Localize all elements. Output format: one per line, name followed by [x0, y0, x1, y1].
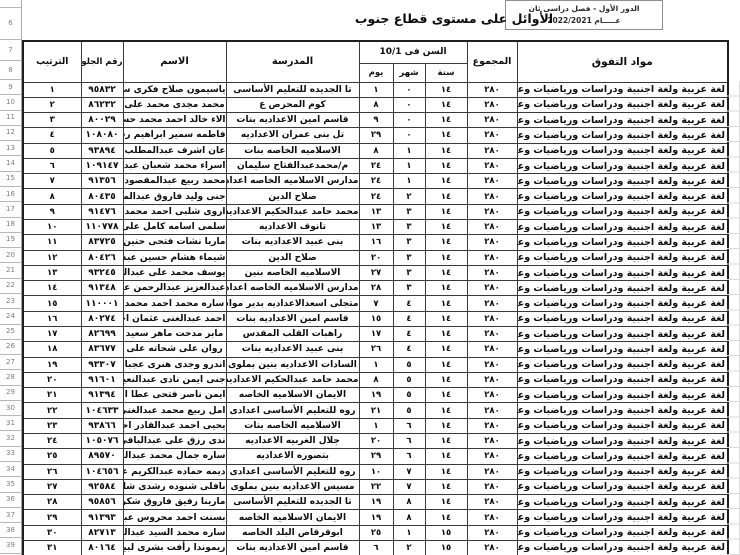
- seat-number-cell[interactable]: ١٠٥٠٧٦: [81, 433, 123, 448]
- age-month-cell[interactable]: ٤: [393, 327, 425, 342]
- subjects-cell[interactable]: لغة عربية ولغة اجنبية ودراسات ورياضيات و…: [517, 296, 728, 311]
- column-header-name[interactable]: الاسم: [123, 41, 226, 82]
- row-header[interactable]: 10: [0, 95, 21, 110]
- age-day-cell[interactable]: ٦: [359, 540, 393, 555]
- total-cell[interactable]: ٢٨٠: [467, 97, 517, 112]
- rank-cell[interactable]: ١١: [23, 235, 81, 250]
- rank-cell[interactable]: ١٣: [23, 265, 81, 280]
- seat-number-cell[interactable]: ١١٠٧٧٨: [81, 220, 123, 235]
- row-header[interactable]: 18: [0, 218, 21, 233]
- subjects-cell[interactable]: لغة عربية ولغة اجنبية ودراسات ورياضيات و…: [517, 174, 728, 189]
- age-day-cell[interactable]: ٧: [359, 296, 393, 311]
- age-year-cell[interactable]: ١٤: [425, 250, 467, 265]
- school-cell[interactable]: كوم المحرص ع: [226, 97, 359, 112]
- age-year-cell[interactable]: ١٤: [425, 510, 467, 525]
- total-cell[interactable]: ٢٨٠: [467, 265, 517, 280]
- school-cell[interactable]: محمد حامد عبدالحكيم الاعداديه: [226, 372, 359, 387]
- subjects-cell[interactable]: لغة عربية ولغة اجنبية ودراسات ورياضيات و…: [517, 357, 728, 372]
- rank-cell[interactable]: ٢١: [23, 388, 81, 403]
- age-month-cell[interactable]: ٣: [393, 235, 425, 250]
- rank-cell[interactable]: ٢٠: [23, 372, 81, 387]
- row-header[interactable]: 14: [0, 156, 21, 171]
- name-cell[interactable]: اروى شلبى احمد محمد احمد: [123, 204, 226, 219]
- rank-cell[interactable]: ١٠: [23, 220, 81, 235]
- rank-cell[interactable]: ٢٦: [23, 464, 81, 479]
- age-year-cell[interactable]: ١٤: [425, 97, 467, 112]
- age-month-cell[interactable]: ٨: [393, 510, 425, 525]
- total-cell[interactable]: ٢٨٠: [467, 403, 517, 418]
- age-year-cell[interactable]: ١٤: [425, 128, 467, 143]
- total-cell[interactable]: ٢٨٠: [467, 204, 517, 219]
- subjects-cell[interactable]: لغة عربية ولغة اجنبية ودراسات ورياضيات و…: [517, 128, 728, 143]
- school-cell[interactable]: الاسلاميه الخاصه بنات: [226, 143, 359, 158]
- name-cell[interactable]: امل ربيع محمد عبدالغنى: [123, 403, 226, 418]
- seat-number-cell[interactable]: ٩٥٨٥٦: [81, 495, 123, 510]
- age-day-cell[interactable]: ١٦: [359, 235, 393, 250]
- row-header[interactable]: 7: [0, 40, 21, 61]
- age-day-cell[interactable]: ٢٦: [359, 342, 393, 357]
- row-header[interactable]: 27: [0, 355, 21, 370]
- row-header[interactable]: 9: [0, 80, 21, 95]
- name-cell[interactable]: روان على شحاته على: [123, 342, 226, 357]
- seat-number-cell[interactable]: ٩١٦٠١: [81, 372, 123, 387]
- subjects-cell[interactable]: لغة عربية ولغة اجنبية ودراسات ورياضيات و…: [517, 525, 728, 540]
- age-day-cell[interactable]: ١٣: [359, 220, 393, 235]
- age-day-cell[interactable]: ٢٠: [359, 433, 393, 448]
- total-cell[interactable]: ٢٨٠: [467, 464, 517, 479]
- age-month-cell[interactable]: ٠: [393, 128, 425, 143]
- rank-cell[interactable]: ٧: [23, 174, 81, 189]
- age-month-cell[interactable]: ٣: [393, 250, 425, 265]
- row-header[interactable]: 26: [0, 340, 21, 355]
- seat-number-cell[interactable]: ٩١٣٥٦: [81, 174, 123, 189]
- age-day-cell[interactable]: ١٣: [359, 204, 393, 219]
- subjects-cell[interactable]: لغة عربية ولغة اجنبية ودراسات ورياضيات و…: [517, 250, 728, 265]
- rank-cell[interactable]: ٢: [23, 97, 81, 112]
- age-year-cell[interactable]: ١٤: [425, 357, 467, 372]
- age-year-cell[interactable]: ١٤: [425, 82, 467, 97]
- school-cell[interactable]: قاسم امين الاعداديه بنات: [226, 113, 359, 128]
- name-cell[interactable]: ياسيمون صلاح فكرى سليمان: [123, 82, 226, 97]
- age-month-cell[interactable]: ٨: [393, 495, 425, 510]
- seat-number-cell[interactable]: ٨٠٠٢٩: [81, 113, 123, 128]
- rank-cell[interactable]: ١٦: [23, 311, 81, 326]
- seat-number-cell[interactable]: ٩٢٥٨٤: [81, 479, 123, 494]
- rank-cell[interactable]: ٢٨: [23, 495, 81, 510]
- seat-number-cell[interactable]: ٩٣٢٤٥: [81, 265, 123, 280]
- subjects-cell[interactable]: لغة عربية ولغة اجنبية ودراسات ورياضيات و…: [517, 327, 728, 342]
- total-cell[interactable]: ٢٨٠: [467, 479, 517, 494]
- rank-cell[interactable]: ٥: [23, 143, 81, 158]
- school-cell[interactable]: متجلى اسعدالاعداديه بدير مواس: [226, 296, 359, 311]
- name-cell[interactable]: ماريا نشات فتحى حنين: [123, 235, 226, 250]
- school-cell[interactable]: صلاح الدين: [226, 250, 359, 265]
- school-cell[interactable]: روه للتعليم الأساسى اعدادى: [226, 403, 359, 418]
- age-year-cell[interactable]: ١٤: [425, 113, 467, 128]
- age-year-cell[interactable]: ١٤: [425, 479, 467, 494]
- school-cell[interactable]: السادات الاعداديه بنين بملوى: [226, 357, 359, 372]
- age-day-cell[interactable]: ٢٤: [359, 158, 393, 173]
- age-year-cell[interactable]: ١٤: [425, 342, 467, 357]
- age-month-cell[interactable]: ٤: [393, 311, 425, 326]
- name-cell[interactable]: عبدالعزيز عبدالرحمن عبدالله: [123, 281, 226, 296]
- school-cell[interactable]: محمد حامد عبدالحكيم الاعداديه: [226, 204, 359, 219]
- subjects-cell[interactable]: لغة عربية ولغة اجنبية ودراسات ورياضيات و…: [517, 403, 728, 418]
- row-header[interactable]: 35: [0, 477, 21, 492]
- age-month-cell[interactable]: ٠: [393, 82, 425, 97]
- seat-number-cell[interactable]: ١١٠٠٠١: [81, 296, 123, 311]
- age-day-cell[interactable]: ١٧: [359, 327, 393, 342]
- age-month-cell[interactable]: ٤: [393, 342, 425, 357]
- row-header[interactable]: 21: [0, 263, 21, 278]
- age-year-cell[interactable]: ١٤: [425, 204, 467, 219]
- seat-number-cell[interactable]: ٨٢٦٩٩: [81, 327, 123, 342]
- row-header[interactable]: 33: [0, 447, 21, 462]
- school-cell[interactable]: تل بنى عمران الاعداديه: [226, 128, 359, 143]
- rank-cell[interactable]: ١٧: [23, 327, 81, 342]
- age-day-cell[interactable]: ٢٩: [359, 449, 393, 464]
- seat-number-cell[interactable]: ٨٦٢٣٢: [81, 97, 123, 112]
- age-month-cell[interactable]: ١: [393, 174, 425, 189]
- rank-cell[interactable]: ٩: [23, 204, 81, 219]
- total-cell[interactable]: ٢٨٠: [467, 372, 517, 387]
- subjects-cell[interactable]: لغة عربية ولغة اجنبية ودراسات ورياضيات و…: [517, 342, 728, 357]
- column-header-age-day[interactable]: يوم: [359, 63, 393, 82]
- school-cell[interactable]: بنى عبيد الاعداديه بنات: [226, 342, 359, 357]
- name-cell[interactable]: ساره محمد السيد عبدالحليم: [123, 525, 226, 540]
- school-cell[interactable]: مسيس الاعداديه بنين بملوى: [226, 479, 359, 494]
- total-cell[interactable]: ٢٨٠: [467, 143, 517, 158]
- subjects-cell[interactable]: لغة عربية ولغة اجنبية ودراسات ورياضيات و…: [517, 189, 728, 204]
- seat-number-cell[interactable]: ٩٣٨٦٦: [81, 418, 123, 433]
- school-cell[interactable]: ابوقرقاص البلد الخاصه: [226, 525, 359, 540]
- age-month-cell[interactable]: ١: [393, 525, 425, 540]
- age-day-cell[interactable]: ٢٥: [359, 525, 393, 540]
- subjects-cell[interactable]: لغة عربية ولغة اجنبية ودراسات ورياضيات و…: [517, 495, 728, 510]
- age-year-cell[interactable]: ١٤: [425, 189, 467, 204]
- name-cell[interactable]: جنى وليد فاروق عبدالمعز: [123, 189, 226, 204]
- name-cell[interactable]: ساره محمد احمد محمد: [123, 296, 226, 311]
- name-cell[interactable]: محمد مجدى محمد على: [123, 97, 226, 112]
- total-cell[interactable]: ٢٨٠: [467, 281, 517, 296]
- age-day-cell[interactable]: ١٩: [359, 388, 393, 403]
- age-day-cell[interactable]: ١: [359, 418, 393, 433]
- row-header[interactable]: 6: [0, 8, 21, 40]
- age-year-cell[interactable]: ١٤: [425, 235, 467, 250]
- subjects-cell[interactable]: لغة عربية ولغة اجنبية ودراسات ورياضيات و…: [517, 449, 728, 464]
- seat-number-cell[interactable]: ١٠٨٠٨٠: [81, 128, 123, 143]
- rank-cell[interactable]: ٢٥: [23, 449, 81, 464]
- subjects-cell[interactable]: لغة عربية ولغة اجنبية ودراسات ورياضيات و…: [517, 235, 728, 250]
- row-header[interactable]: 29: [0, 386, 21, 401]
- seat-number-cell[interactable]: ٩١٣٩٤: [81, 388, 123, 403]
- rank-cell[interactable]: ٣١: [23, 540, 81, 555]
- age-month-cell[interactable]: ٠: [393, 97, 425, 112]
- row-header[interactable]: 31: [0, 416, 21, 431]
- total-cell[interactable]: ٢٨٠: [467, 540, 517, 555]
- total-cell[interactable]: ٢٨٠: [467, 189, 517, 204]
- age-year-cell[interactable]: ١٤: [425, 281, 467, 296]
- school-cell[interactable]: مدارس الاسلاميه الخاصه اعدادى: [226, 281, 359, 296]
- age-day-cell[interactable]: ٢٤: [359, 189, 393, 204]
- name-cell[interactable]: سلمى اسامه كامل على: [123, 220, 226, 235]
- row-header[interactable]: 34: [0, 462, 21, 477]
- column-header-school[interactable]: المدرسة: [226, 41, 359, 82]
- age-month-cell[interactable]: ٤: [393, 296, 425, 311]
- rank-cell[interactable]: ٢٤: [23, 433, 81, 448]
- total-cell[interactable]: ٢٨٠: [467, 433, 517, 448]
- school-cell[interactable]: صلاح الدين: [226, 189, 359, 204]
- age-month-cell[interactable]: ١: [393, 158, 425, 173]
- row-header[interactable]: 8: [0, 61, 21, 80]
- subjects-cell[interactable]: لغة عربية ولغة اجنبية ودراسات ورياضيات و…: [517, 433, 728, 448]
- column-header-age-month[interactable]: شهر: [393, 63, 425, 82]
- subjects-cell[interactable]: لغة عربية ولغة اجنبية ودراسات ورياضيات و…: [517, 204, 728, 219]
- subjects-cell[interactable]: لغة عربية ولغة اجنبية ودراسات ورياضيات و…: [517, 265, 728, 280]
- total-cell[interactable]: ٢٨٠: [467, 82, 517, 97]
- seat-number-cell[interactable]: ٨٠٤٣٥: [81, 189, 123, 204]
- total-cell[interactable]: ٢٨٠: [467, 220, 517, 235]
- school-cell[interactable]: الايمان الاسلاميه الخاصه: [226, 510, 359, 525]
- name-cell[interactable]: ديمه حماده عبدالكريم عبدالرحمن: [123, 464, 226, 479]
- subjects-cell[interactable]: لغة عربية ولغة اجنبية ودراسات ورياضيات و…: [517, 97, 728, 112]
- name-cell[interactable]: عان اشرف عبدالمطلب عبدالعال: [123, 143, 226, 158]
- column-header-age-group[interactable]: السن فى 10/1: [359, 41, 467, 63]
- school-cell[interactable]: راهبات القلب المقدس: [226, 327, 359, 342]
- column-header-subjects[interactable]: مواد التفوق: [517, 41, 728, 82]
- age-year-cell[interactable]: ١٤: [425, 143, 467, 158]
- row-header[interactable]: 30: [0, 401, 21, 416]
- seat-number-cell[interactable]: ٨٣٦٧٧: [81, 342, 123, 357]
- name-cell[interactable]: يوسف محمد على عبدالرحمن: [123, 265, 226, 280]
- row-header[interactable]: 15: [0, 172, 21, 187]
- row-header[interactable]: 24: [0, 309, 21, 324]
- seat-number-cell[interactable]: ١٠٤٦٥٦: [81, 464, 123, 479]
- age-day-cell[interactable]: ٢٩: [359, 128, 393, 143]
- total-cell[interactable]: ٢٨٠: [467, 525, 517, 540]
- total-cell[interactable]: ٢٨٠: [467, 495, 517, 510]
- age-month-cell[interactable]: ٦: [393, 418, 425, 433]
- school-cell[interactable]: قاسم امين الاعداديه بنات: [226, 311, 359, 326]
- row-header[interactable]: 38: [0, 523, 21, 538]
- age-month-cell[interactable]: ١: [393, 143, 425, 158]
- age-year-cell[interactable]: ١٤: [425, 311, 467, 326]
- column-header-total[interactable]: المجموع: [467, 41, 517, 82]
- total-cell[interactable]: ٢٨٠: [467, 128, 517, 143]
- subjects-cell[interactable]: لغة عربية ولغة اجنبية ودراسات ورياضيات و…: [517, 311, 728, 326]
- age-month-cell[interactable]: ٦: [393, 433, 425, 448]
- age-year-cell[interactable]: ١٤: [425, 495, 467, 510]
- seat-number-cell[interactable]: ١٠٩١٤٧: [81, 158, 123, 173]
- age-day-cell[interactable]: ١: [359, 357, 393, 372]
- subjects-cell[interactable]: لغة عربية ولغة اجنبية ودراسات ورياضيات و…: [517, 158, 728, 173]
- age-day-cell[interactable]: ٢٨: [359, 281, 393, 296]
- row-header[interactable]: 25: [0, 325, 21, 340]
- age-year-cell[interactable]: ١٤: [425, 388, 467, 403]
- name-cell[interactable]: بافلى شنوده رشدى شاكر: [123, 479, 226, 494]
- seat-number-cell[interactable]: ٨٠١٦٤: [81, 540, 123, 555]
- school-cell[interactable]: بتصوره الاعداديه: [226, 449, 359, 464]
- age-year-cell[interactable]: ١٥: [425, 525, 467, 540]
- subjects-cell[interactable]: لغة عربية ولغة اجنبية ودراسات ورياضيات و…: [517, 388, 728, 403]
- name-cell[interactable]: ايمن ناصر فتحى عطا الله محمد: [123, 388, 226, 403]
- age-day-cell[interactable]: ٢٠: [359, 250, 393, 265]
- subjects-cell[interactable]: لغة عربية ولغة اجنبية ودراسات ورياضيات و…: [517, 113, 728, 128]
- rank-cell[interactable]: ١٢: [23, 250, 81, 265]
- name-cell[interactable]: اسراء محمد شعبان عبدالنعيم: [123, 158, 226, 173]
- age-month-cell[interactable]: ٥: [393, 388, 425, 403]
- subjects-cell[interactable]: لغة عربية ولغة اجنبية ودراسات ورياضيات و…: [517, 510, 728, 525]
- total-cell[interactable]: ٢٨٠: [467, 357, 517, 372]
- age-day-cell[interactable]: ١٩: [359, 495, 393, 510]
- column-header-age-year[interactable]: سنة: [425, 63, 467, 82]
- subjects-cell[interactable]: لغة عربية ولغة اجنبية ودراسات ورياضيات و…: [517, 281, 728, 296]
- age-year-cell[interactable]: ١٤: [425, 327, 467, 342]
- age-month-cell[interactable]: ٣: [393, 265, 425, 280]
- age-year-cell[interactable]: ١٤: [425, 158, 467, 173]
- age-month-cell[interactable]: ٥: [393, 357, 425, 372]
- age-day-cell[interactable]: ٨: [359, 143, 393, 158]
- age-day-cell[interactable]: ٩: [359, 113, 393, 128]
- total-cell[interactable]: ٢٨٠: [467, 449, 517, 464]
- seat-number-cell[interactable]: ٨٠٤٢٦: [81, 250, 123, 265]
- age-year-cell[interactable]: ١٤: [425, 174, 467, 189]
- rank-cell[interactable]: ١٨: [23, 342, 81, 357]
- school-cell[interactable]: الايمان الاسلاميه الخاصه: [226, 388, 359, 403]
- age-month-cell[interactable]: ٧: [393, 464, 425, 479]
- row-header[interactable]: 36: [0, 493, 21, 508]
- age-year-cell[interactable]: ١٤: [425, 403, 467, 418]
- name-cell[interactable]: يحيى احمد عبدالقادر احمد: [123, 418, 226, 433]
- school-cell[interactable]: تانوف الاعداديه: [226, 220, 359, 235]
- subjects-cell[interactable]: لغة عربية ولغة اجنبية ودراسات ورياضيات و…: [517, 464, 728, 479]
- age-day-cell[interactable]: ٨: [359, 372, 393, 387]
- seat-number-cell[interactable]: ٩١٣٤٨: [81, 281, 123, 296]
- name-cell[interactable]: احمد عبدالغنى عثمان احمد: [123, 311, 226, 326]
- name-cell[interactable]: شيماء هشام حسين عبدالرحمن: [123, 250, 226, 265]
- total-cell[interactable]: ٢٨٠: [467, 250, 517, 265]
- school-cell[interactable]: الاسلاميه الخاصه بنين: [226, 265, 359, 280]
- subjects-cell[interactable]: لغة عربية ولغة اجنبية ودراسات ورياضيات و…: [517, 143, 728, 158]
- seat-number-cell[interactable]: ٩٥٨٣٢: [81, 82, 123, 97]
- subjects-cell[interactable]: لغة عربية ولغة اجنبية ودراسات ورياضيات و…: [517, 418, 728, 433]
- rank-cell[interactable]: ٣٠: [23, 525, 81, 540]
- name-cell[interactable]: الاء خالد احمد محمد حسن: [123, 113, 226, 128]
- age-month-cell[interactable]: ٣: [393, 204, 425, 219]
- age-month-cell[interactable]: ٥: [393, 372, 425, 387]
- school-cell[interactable]: تا الجديده للتعليم الأساسى: [226, 82, 359, 97]
- row-header[interactable]: 16: [0, 187, 21, 202]
- age-month-cell[interactable]: ٢: [393, 540, 425, 555]
- row-header[interactable]: 23: [0, 294, 21, 309]
- name-cell[interactable]: اندرو وجدى هنرى عجبان: [123, 357, 226, 372]
- rank-cell[interactable]: ٨: [23, 189, 81, 204]
- age-day-cell[interactable]: ١٠: [359, 464, 393, 479]
- age-month-cell[interactable]: ٣: [393, 281, 425, 296]
- age-month-cell[interactable]: ٦: [393, 449, 425, 464]
- age-year-cell[interactable]: ١٤: [425, 418, 467, 433]
- seat-number-cell[interactable]: ٩٣٨٩٤: [81, 143, 123, 158]
- age-year-cell[interactable]: ١٤: [425, 220, 467, 235]
- row-header[interactable]: 22: [0, 279, 21, 294]
- age-month-cell[interactable]: ٣: [393, 220, 425, 235]
- school-cell[interactable]: بنى عبيد الاعداديه بنات: [226, 235, 359, 250]
- seat-number-cell[interactable]: ٩٣٣٠٧: [81, 357, 123, 372]
- total-cell[interactable]: ٢٨٠: [467, 174, 517, 189]
- school-cell[interactable]: روه للتعليم الأساسى اعدادى: [226, 464, 359, 479]
- subjects-cell[interactable]: لغة عربية ولغة اجنبية ودراسات ورياضيات و…: [517, 220, 728, 235]
- age-year-cell[interactable]: ١٤: [425, 265, 467, 280]
- age-year-cell[interactable]: ١٤: [425, 296, 467, 311]
- column-header-seat-number[interactable]: رقم الجلوس: [81, 41, 123, 82]
- rank-cell[interactable]: ٦: [23, 158, 81, 173]
- rank-cell[interactable]: ١٥: [23, 296, 81, 311]
- name-cell[interactable]: ندى رزق على عبدالباقى: [123, 433, 226, 448]
- rank-cell[interactable]: ٢٩: [23, 510, 81, 525]
- total-cell[interactable]: ٢٨٠: [467, 327, 517, 342]
- name-cell[interactable]: فاطمه سمير ابراهيم رشاد: [123, 128, 226, 143]
- subjects-cell[interactable]: لغة عربية ولغة اجنبية ودراسات ورياضيات و…: [517, 82, 728, 97]
- row-header-partial[interactable]: [0, 0, 21, 8]
- name-cell[interactable]: بسنت احمد محروس عبدالعزيز: [123, 510, 226, 525]
- age-day-cell[interactable]: ١: [359, 82, 393, 97]
- total-cell[interactable]: ٢٨٠: [467, 311, 517, 326]
- row-header[interactable]: 17: [0, 202, 21, 217]
- school-cell[interactable]: جلال الغربيه الاعداديه: [226, 433, 359, 448]
- total-cell[interactable]: ٢٨٠: [467, 158, 517, 173]
- age-month-cell[interactable]: ٧: [393, 479, 425, 494]
- subjects-cell[interactable]: لغة عربية ولغة اجنبية ودراسات ورياضيات و…: [517, 479, 728, 494]
- age-month-cell[interactable]: ٥: [393, 403, 425, 418]
- school-cell[interactable]: مدارس الاسلاميه الخاصه اعدادى: [226, 174, 359, 189]
- school-cell[interactable]: قاسم امين الاعداديه بنات: [226, 540, 359, 555]
- seat-number-cell[interactable]: ٨٠٢٧٤: [81, 311, 123, 326]
- name-cell[interactable]: ريموندا رأفت بشرى لبيب: [123, 540, 226, 555]
- seat-number-cell[interactable]: ٨٩٥٧٠: [81, 449, 123, 464]
- column-header-rank[interactable]: الترتيب: [23, 41, 81, 82]
- age-year-cell[interactable]: ١٥: [425, 540, 467, 555]
- seat-number-cell[interactable]: ٨٢٧١٣: [81, 525, 123, 540]
- school-cell[interactable]: الاسلاميه الخاصه بنات: [226, 418, 359, 433]
- rank-cell[interactable]: ١٩: [23, 357, 81, 372]
- rank-cell[interactable]: ٢٣: [23, 418, 81, 433]
- subjects-cell[interactable]: لغة عربية ولغة اجنبية ودراسات ورياضيات و…: [517, 372, 728, 387]
- school-cell[interactable]: تا الجديده للتعليم الأساسى: [226, 495, 359, 510]
- age-day-cell[interactable]: ٢٢: [359, 479, 393, 494]
- age-day-cell[interactable]: ١٩: [359, 510, 393, 525]
- name-cell[interactable]: جنى ايمن نادى عبدالنعيم: [123, 372, 226, 387]
- age-month-cell[interactable]: ٠: [393, 113, 425, 128]
- total-cell[interactable]: ٢٨٠: [467, 418, 517, 433]
- row-header[interactable]: 20: [0, 248, 21, 263]
- age-month-cell[interactable]: ٢: [393, 189, 425, 204]
- rank-cell[interactable]: ٢٢: [23, 403, 81, 418]
- age-day-cell[interactable]: ٢١: [359, 403, 393, 418]
- total-cell[interactable]: ٢٨٠: [467, 296, 517, 311]
- rank-cell[interactable]: ٣: [23, 113, 81, 128]
- total-cell[interactable]: ٢٨٠: [467, 113, 517, 128]
- row-header[interactable]: 13: [0, 141, 21, 156]
- age-year-cell[interactable]: ١٤: [425, 372, 467, 387]
- age-day-cell[interactable]: ١٥: [359, 311, 393, 326]
- row-header[interactable]: 39: [0, 538, 21, 553]
- row-header[interactable]: 11: [0, 111, 21, 126]
- name-cell[interactable]: محمد ربيع عبدالمقصود حسن: [123, 174, 226, 189]
- total-cell[interactable]: ٢٨٠: [467, 342, 517, 357]
- age-year-cell[interactable]: ١٤: [425, 449, 467, 464]
- subjects-cell[interactable]: لغة عربية ولغة اجنبية ودراسات ورياضيات و…: [517, 540, 728, 555]
- name-cell[interactable]: ساره جمال محمد عبدالغنى محمد: [123, 449, 226, 464]
